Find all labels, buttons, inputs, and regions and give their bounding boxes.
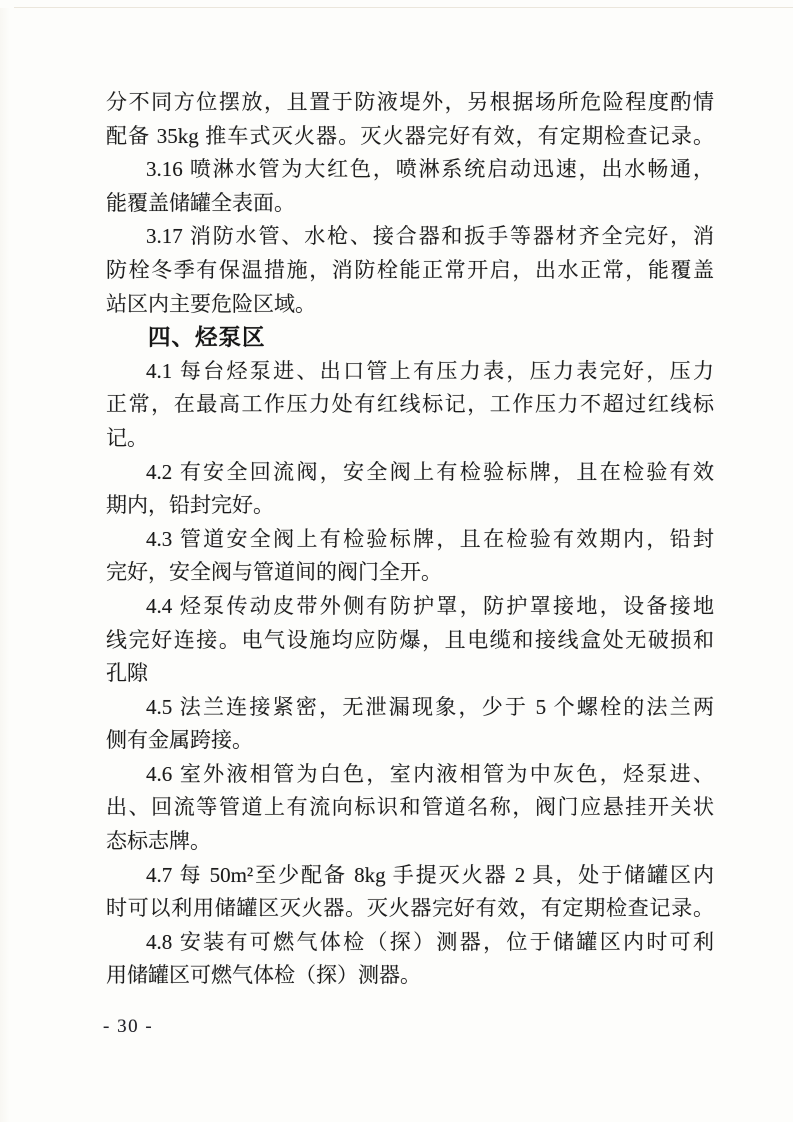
- section-heading: 四、烃泵区: [106, 321, 714, 355]
- text-line: 用储罐区可燃气体检（探）测器。: [106, 959, 714, 993]
- text-line: 4.7 每 50m²至少配备 8kg 手提灭火器 2 具，处于储罐区内: [106, 859, 714, 893]
- text-line: 孔隙: [106, 657, 714, 691]
- text-line: 站区内主要危险区域。: [106, 288, 714, 322]
- text-line: 态标志牌。: [106, 825, 714, 859]
- text-line: 防栓冬季有保温措施，消防栓能正常开启，出水正常，能覆盖: [106, 254, 714, 288]
- text-line: 期内，铅封完好。: [106, 489, 714, 523]
- text-line: 分不同方位摆放，且置于防液堤外，另根据场所危险程度酌情: [106, 86, 714, 120]
- text-line: 能覆盖储罐全表面。: [106, 187, 714, 221]
- page-number: - 30 -: [103, 1016, 153, 1038]
- text-line: 侧有金属跨接。: [106, 724, 714, 758]
- text-line: 时可以利用储罐区灭火器。灭火器完好有效，有定期检查记录。: [106, 892, 714, 926]
- text-line: 配备 35kg 推车式灭火器。灭火器完好有效，有定期检查记录。: [106, 120, 714, 154]
- text-line: 正常，在最高工作压力处有红线标记，工作压力不超过红线标: [106, 388, 714, 422]
- text-line: 3.16 喷淋水管为大红色，喷淋系统启动迅速，出水畅通，: [106, 153, 714, 187]
- text-line: 出、回流等管道上有流向标识和管道名称，阀门应悬挂开关状: [106, 791, 714, 825]
- text-line: 记。: [106, 422, 714, 456]
- text-line: 4.5 法兰连接紧密，无泄漏现象，少于 5 个螺栓的法兰两: [106, 691, 714, 725]
- document-page: 分不同方位摆放，且置于防液堤外，另根据场所危险程度酌情 配备 35kg 推车式灭…: [0, 0, 793, 1122]
- document-body: 分不同方位摆放，且置于防液堤外，另根据场所危险程度酌情 配备 35kg 推车式灭…: [106, 86, 714, 993]
- text-line: 3.17 消防水管、水枪、接合器和扳手等器材齐全完好，消: [106, 220, 714, 254]
- text-line: 4.1 每台烃泵进、出口管上有压力表，压力表完好，压力: [106, 355, 714, 389]
- text-line: 完好，安全阀与管道间的阀门全开。: [106, 556, 714, 590]
- text-line: 4.2 有安全回流阀，安全阀上有检验标牌，且在检验有效: [106, 456, 714, 490]
- text-line: 4.3 管道安全阀上有检验标牌，且在检验有效期内，铅封: [106, 523, 714, 557]
- scan-edge-artifact: [0, 8, 10, 1122]
- text-line: 4.6 室外液相管为白色，室内液相管为中灰色，烃泵进、: [106, 758, 714, 792]
- text-line: 4.4 烃泵传动皮带外侧有防护罩，防护罩接地，设备接地: [106, 590, 714, 624]
- text-line: 4.8 安装有可燃气体检（探）测器，位于储罐区内时可利: [106, 926, 714, 960]
- scan-edge-artifact: [14, 7, 793, 8]
- text-line: 线完好连接。电气设施均应防爆，且电缆和接线盒处无破损和: [106, 624, 714, 658]
